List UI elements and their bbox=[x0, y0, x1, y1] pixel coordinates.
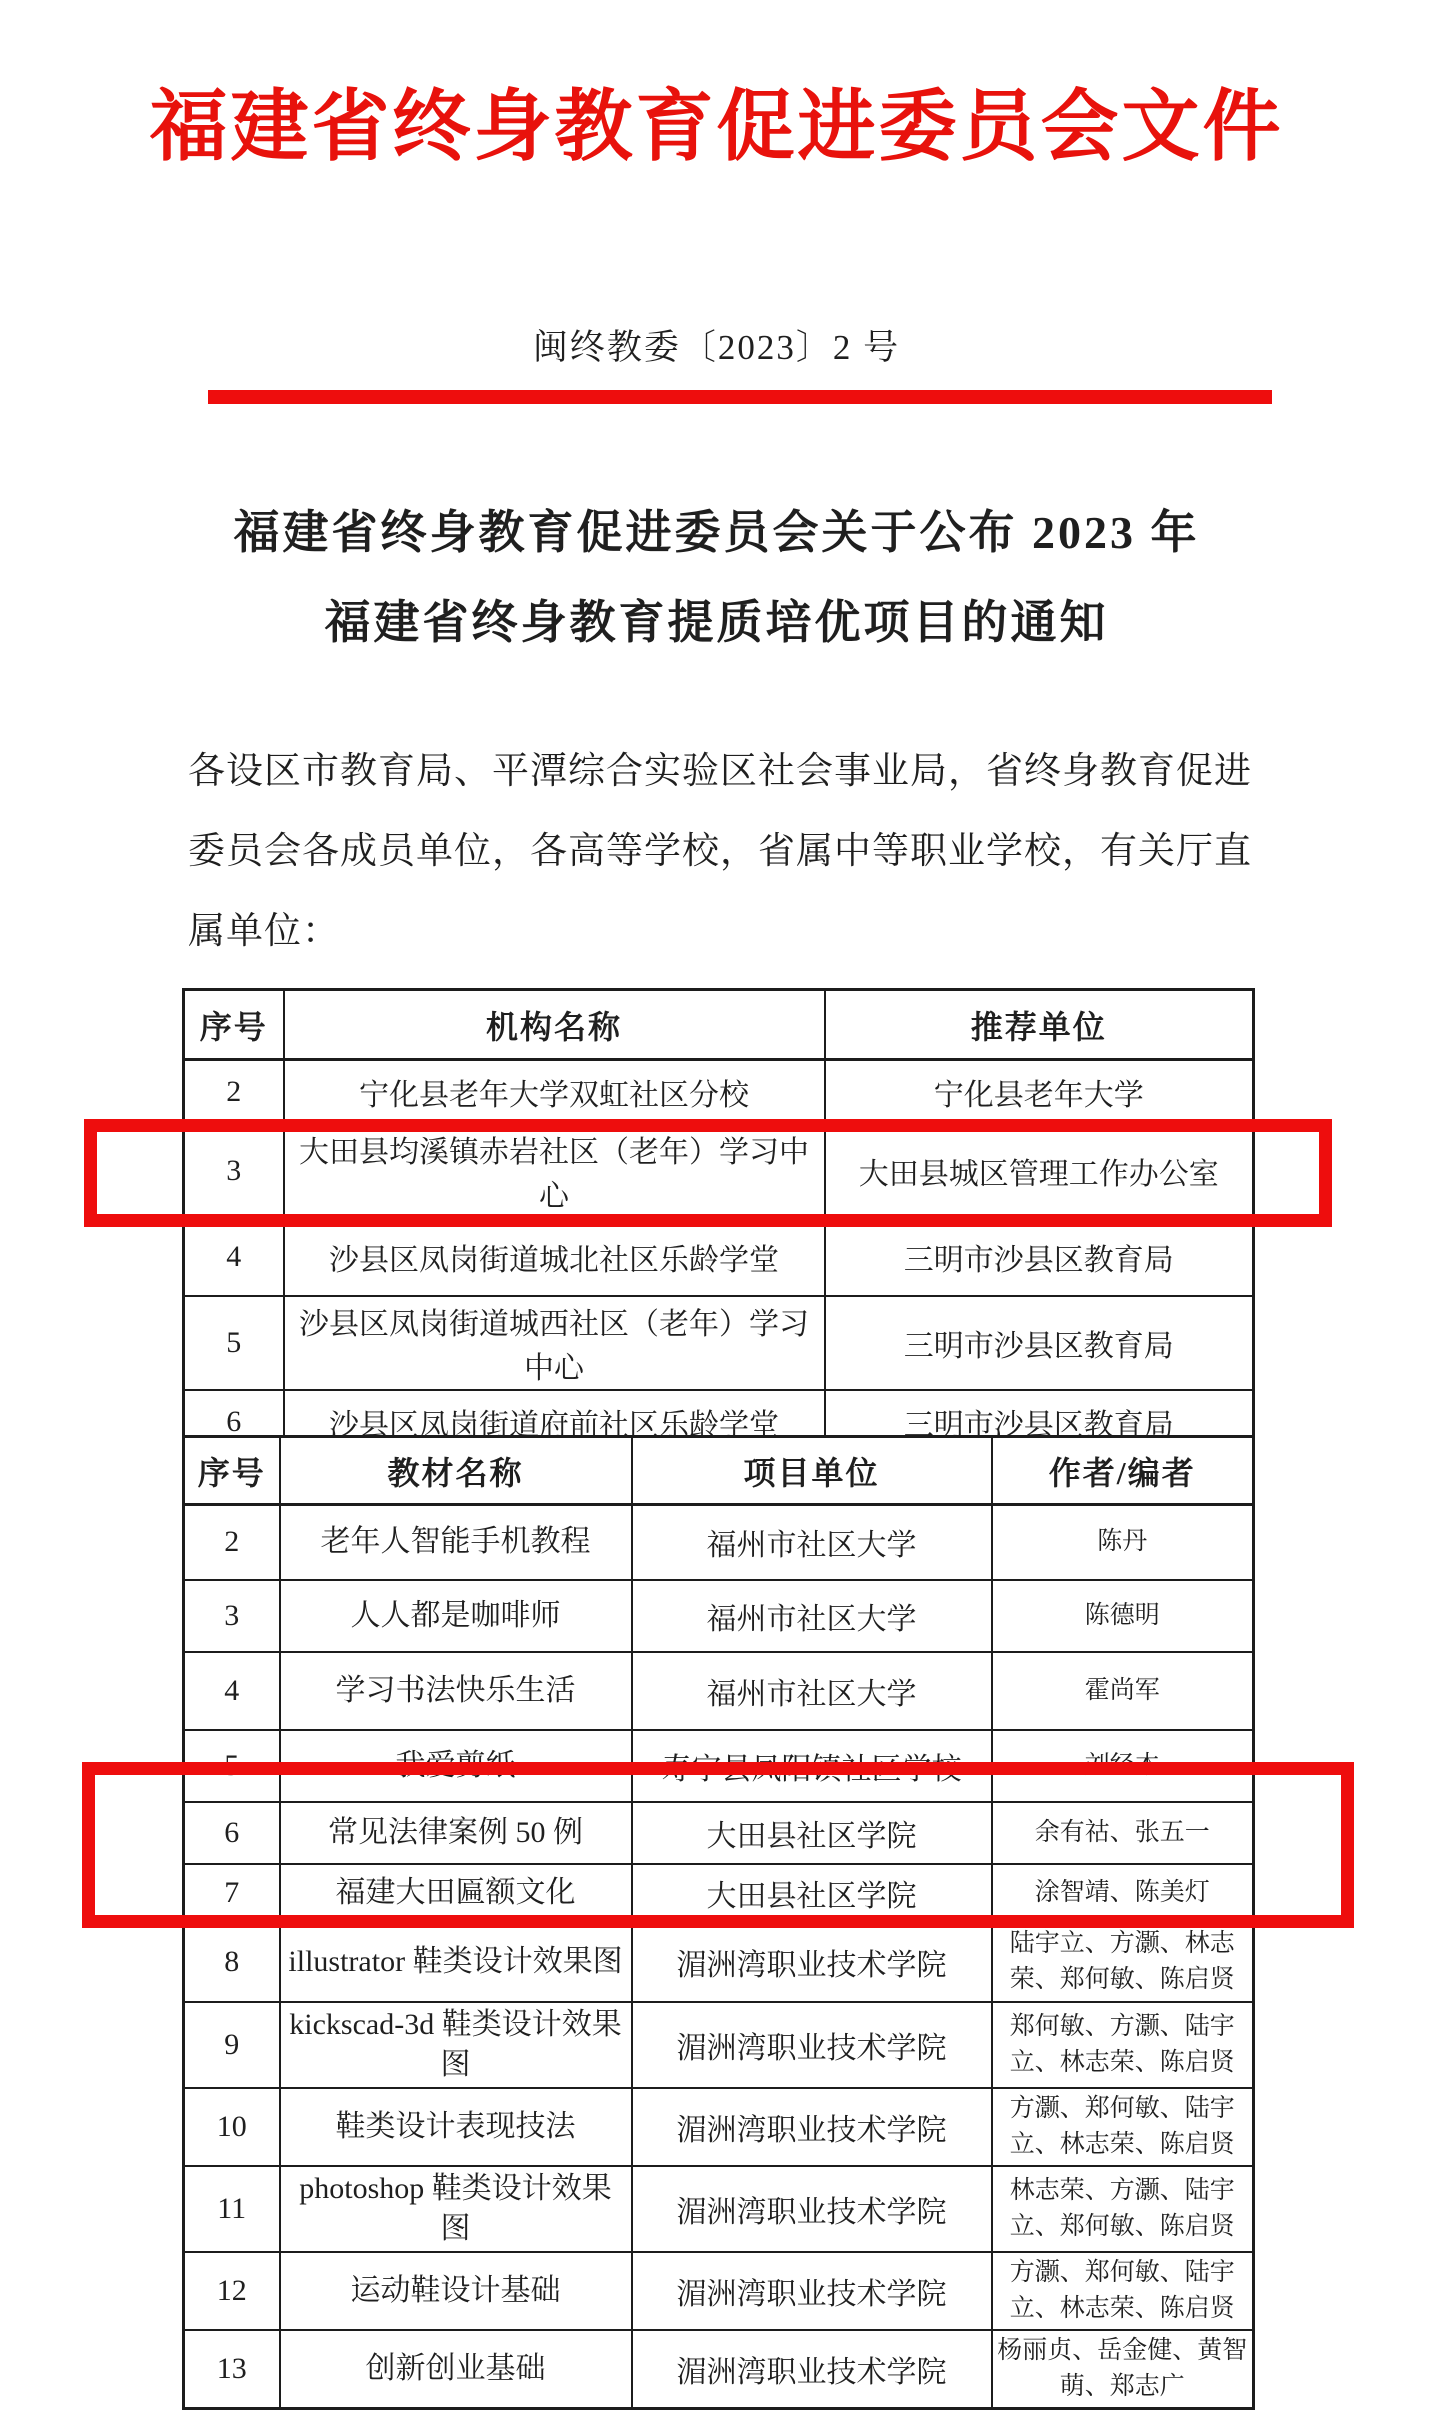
cell-recommending-unit: 三明市沙县区教育局 bbox=[825, 1296, 1254, 1390]
cell-project-unit: 湄洲湾职业技术学院 bbox=[632, 2002, 992, 2088]
header-project-unit: 项目单位 bbox=[632, 1437, 992, 1505]
cell-seq: 13 bbox=[184, 2330, 280, 2409]
cell-institution-name: 宁化县老年大学双虹社区分校 bbox=[284, 1060, 825, 1124]
cell-institution-name: 沙县区凤岗街道城西社区（老年）学习中心 bbox=[284, 1296, 825, 1390]
cell-authors: 方灏、郑何敏、陆宇立、林志荣、陈启贤 bbox=[992, 2088, 1254, 2166]
doc-number: 闽终教委〔2023〕2 号 bbox=[0, 320, 1433, 370]
cell-authors: 郑何敏、方灏、陆宇立、林志荣、陈启贤 bbox=[992, 2002, 1254, 2088]
cell-seq: 3 bbox=[184, 1580, 280, 1652]
cell-seq: 4 bbox=[184, 1652, 280, 1730]
cell-textbook-name: 学习书法快乐生活 bbox=[280, 1652, 632, 1730]
cell-project-unit: 湄洲湾职业技术学院 bbox=[632, 2330, 992, 2409]
cell-seq: 12 bbox=[184, 2252, 280, 2330]
cell-institution-name: 沙县区凤岗街道城北社区乐龄学堂 bbox=[284, 1218, 825, 1296]
table-row: 11 photoshop 鞋类设计效果图 湄洲湾职业技术学院 林志荣、方灏、陆宇… bbox=[184, 2166, 1254, 2252]
salutation-line-1: 各设区市教育局、平潭综合实验区社会事业局，省终身教育促进 bbox=[188, 740, 1278, 794]
cell-authors: 霍尚军 bbox=[992, 1652, 1254, 1730]
cell-authors: 陈丹 bbox=[992, 1505, 1254, 1580]
cell-project-unit: 湄洲湾职业技术学院 bbox=[632, 2088, 992, 2166]
cell-textbook-name: kickscad-3d 鞋类设计效果图 bbox=[280, 2002, 632, 2088]
cell-project-unit: 福州市社区大学 bbox=[632, 1505, 992, 1580]
salutation-line-2: 委员会各成员单位，各高等学校，省属中等职业学校，有关厅直 bbox=[188, 820, 1278, 874]
cell-textbook-name: 人人都是咖啡师 bbox=[280, 1580, 632, 1652]
table-row: 12 运动鞋设计基础 湄洲湾职业技术学院 方灏、郑何敏、陆宇立、林志荣、陈启贤 bbox=[184, 2252, 1254, 2330]
table-header-row: 序号 机构名称 推荐单位 bbox=[184, 990, 1254, 1060]
banner-title: 福建省终身教育促进委员会文件 bbox=[0, 86, 1433, 168]
table-row: 10 鞋类设计表现技法 湄洲湾职业技术学院 方灏、郑何敏、陆宇立、林志荣、陈启贤 bbox=[184, 2088, 1254, 2166]
cell-project-unit: 福州市社区大学 bbox=[632, 1580, 992, 1652]
header-recommending-unit: 推荐单位 bbox=[825, 990, 1254, 1060]
cell-authors: 方灏、郑何敏、陆宇立、林志荣、陈启贤 bbox=[992, 2252, 1254, 2330]
header-seq: 序号 bbox=[184, 990, 284, 1060]
cell-recommending-unit: 宁化县老年大学 bbox=[825, 1060, 1254, 1124]
cell-seq: 10 bbox=[184, 2088, 280, 2166]
cell-textbook-name: illustrator 鞋类设计效果图 bbox=[280, 1922, 632, 2002]
header-authors: 作者/编者 bbox=[992, 1437, 1254, 1505]
red-highlight-box-textbook-rows-6-7 bbox=[82, 1762, 1354, 1928]
cell-project-unit: 福州市社区大学 bbox=[632, 1652, 992, 1730]
cell-authors: 陆宇立、方灏、林志荣、郑何敏、陈启贤 bbox=[992, 1922, 1254, 2002]
table-row: 8 illustrator 鞋类设计效果图 湄洲湾职业技术学院 陆宇立、方灏、林… bbox=[184, 1922, 1254, 2002]
notice-title-line-2: 福建省终身教育提质培优项目的通知 bbox=[0, 586, 1433, 652]
table-row: 5 沙县区凤岗街道城西社区（老年）学习中心 三明市沙县区教育局 bbox=[184, 1296, 1254, 1390]
cell-authors: 陈德明 bbox=[992, 1580, 1254, 1652]
cell-authors: 杨丽贞、岳金健、黄智萌、郑志广 bbox=[992, 2330, 1254, 2409]
red-rule bbox=[208, 390, 1272, 404]
cell-seq: 8 bbox=[184, 1922, 280, 2002]
header-institution-name: 机构名称 bbox=[284, 990, 825, 1060]
cell-project-unit: 湄洲湾职业技术学院 bbox=[632, 1922, 992, 2002]
table-row: 13 创新创业基础 湄洲湾职业技术学院 杨丽贞、岳金健、黄智萌、郑志广 bbox=[184, 2330, 1254, 2409]
table-header-row: 序号 教材名称 项目单位 作者/编者 bbox=[184, 1437, 1254, 1505]
table-row: 4 学习书法快乐生活 福州市社区大学 霍尚军 bbox=[184, 1652, 1254, 1730]
notice-title-line-1: 福建省终身教育促进委员会关于公布 2023 年 bbox=[0, 496, 1433, 562]
cell-seq: 2 bbox=[184, 1505, 280, 1580]
cell-project-unit: 湄洲湾职业技术学院 bbox=[632, 2252, 992, 2330]
header-seq: 序号 bbox=[184, 1437, 280, 1505]
cell-seq: 4 bbox=[184, 1218, 284, 1296]
table-row: 2 宁化县老年大学双虹社区分校 宁化县老年大学 bbox=[184, 1060, 1254, 1124]
cell-seq: 5 bbox=[184, 1296, 284, 1390]
institutions-table: 序号 机构名称 推荐单位 2 宁化县老年大学双虹社区分校 宁化县老年大学 3 大… bbox=[182, 988, 1255, 1472]
cell-seq: 11 bbox=[184, 2166, 280, 2252]
cell-project-unit: 湄洲湾职业技术学院 bbox=[632, 2166, 992, 2252]
table-row: 4 沙县区凤岗街道城北社区乐龄学堂 三明市沙县区教育局 bbox=[184, 1218, 1254, 1296]
cell-seq: 2 bbox=[184, 1060, 284, 1124]
cell-seq: 9 bbox=[184, 2002, 280, 2088]
cell-recommending-unit: 三明市沙县区教育局 bbox=[825, 1218, 1254, 1296]
cell-textbook-name: 创新创业基础 bbox=[280, 2330, 632, 2409]
table-row: 3 人人都是咖啡师 福州市社区大学 陈德明 bbox=[184, 1580, 1254, 1652]
cell-textbook-name: 运动鞋设计基础 bbox=[280, 2252, 632, 2330]
cell-textbook-name: 老年人智能手机教程 bbox=[280, 1505, 632, 1580]
table-row: 9 kickscad-3d 鞋类设计效果图 湄洲湾职业技术学院 郑何敏、方灏、陆… bbox=[184, 2002, 1254, 2088]
cell-authors: 林志荣、方灏、陆宇立、郑何敏、陈启贤 bbox=[992, 2166, 1254, 2252]
cell-textbook-name: photoshop 鞋类设计效果图 bbox=[280, 2166, 632, 2252]
salutation-line-3: 属单位： bbox=[188, 900, 1278, 954]
document-page: 福建省终身教育促进委员会文件 闽终教委〔2023〕2 号 福建省终身教育促进委员… bbox=[0, 0, 1433, 2416]
table-row: 2 老年人智能手机教程 福州市社区大学 陈丹 bbox=[184, 1505, 1254, 1580]
header-textbook-name: 教材名称 bbox=[280, 1437, 632, 1505]
red-highlight-box-institution-row-3 bbox=[84, 1119, 1332, 1227]
cell-textbook-name: 鞋类设计表现技法 bbox=[280, 2088, 632, 2166]
